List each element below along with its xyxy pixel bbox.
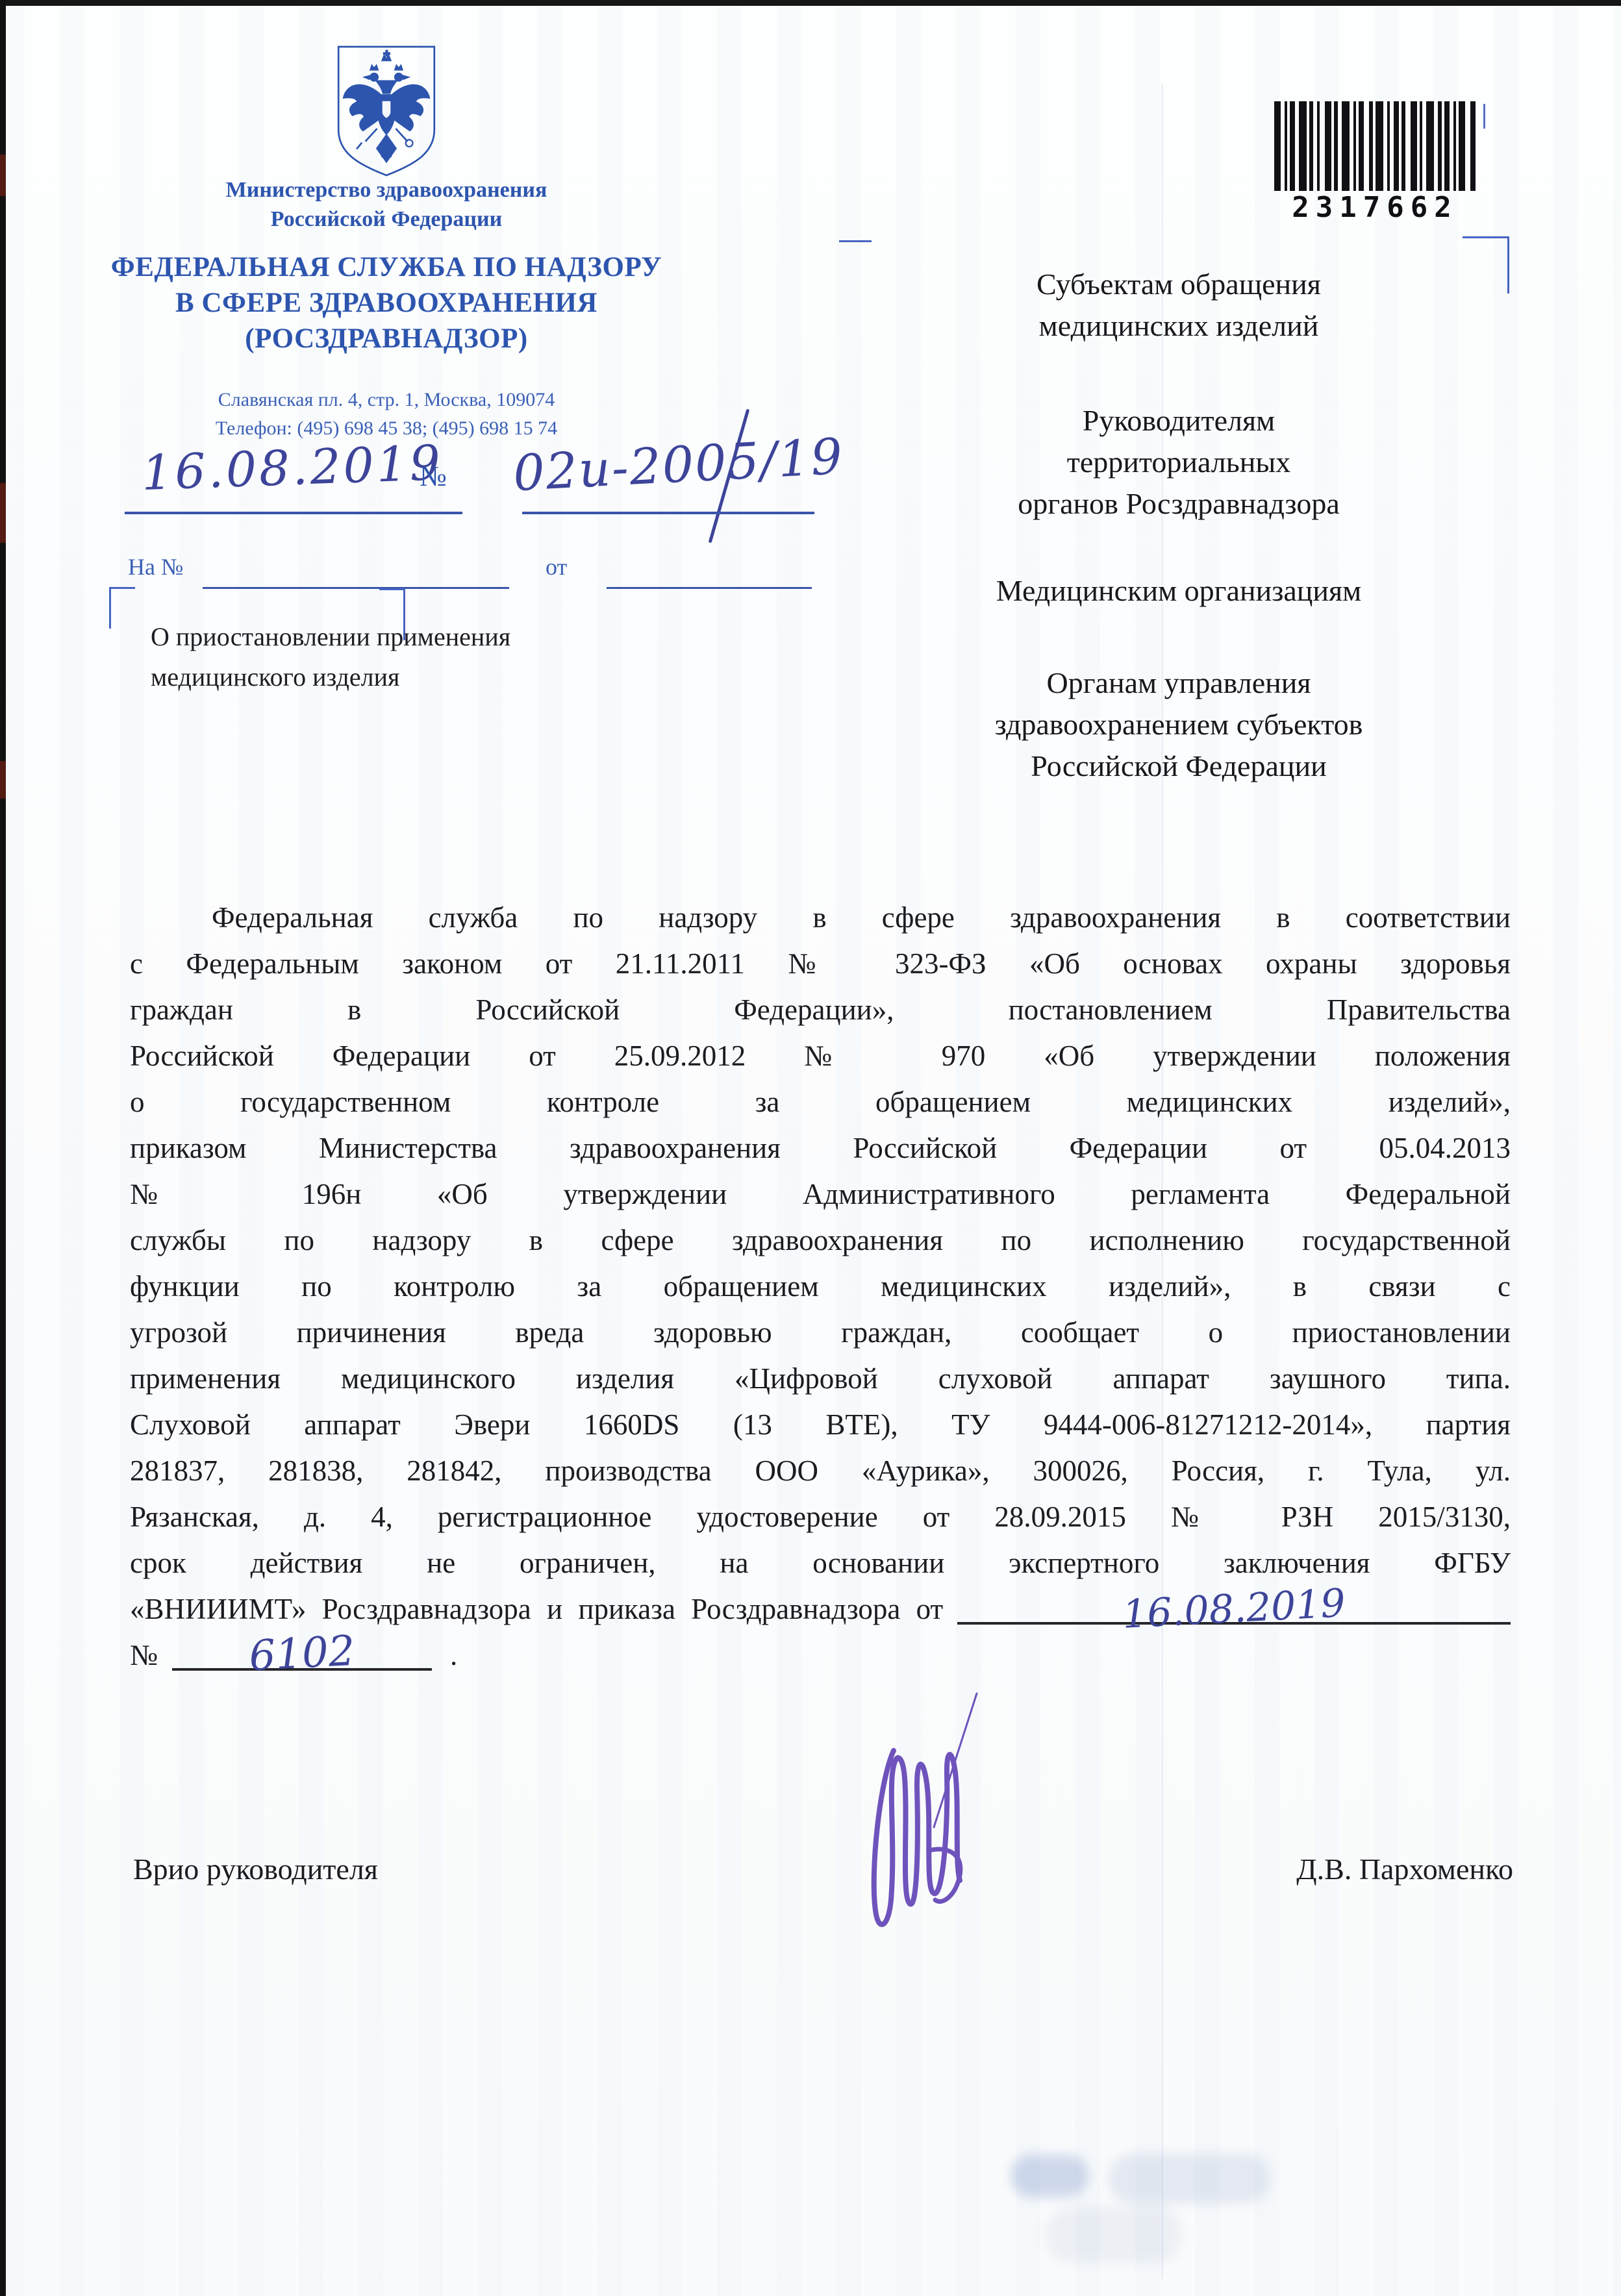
subject-corner-bracket [109, 587, 135, 589]
ministry-name-line: Российской Федерации [78, 205, 695, 234]
recipient-corner-bracket [839, 240, 872, 242]
body-line: Федеральная служба по надзору в сфере зд… [130, 895, 1511, 941]
barcode-number: 2317662 [1268, 191, 1482, 224]
scan-edge-red-smudge [0, 483, 6, 543]
number-form-line [522, 512, 814, 514]
body-line: граждан в Российской Федерации», постано… [130, 987, 1511, 1033]
faint-stamp-artifact [1108, 2153, 1270, 2204]
body-line: с Федеральным законом от 21.11.2011 № 32… [130, 941, 1511, 987]
body-line: функции по контролю за обращением медици… [130, 1264, 1511, 1310]
body-line: Рязанская, д. 4, регистрационное удостов… [130, 1494, 1511, 1540]
scanned-letter-page: Министерство здравоохранения Российской … [0, 0, 1621, 2296]
body-line: Слуховой аппарат Эвери 1660DS (13 BTE), … [130, 1402, 1511, 1448]
body-line: приказом Министерства здравоохранения Ро… [130, 1125, 1511, 1171]
recipient-line: органов Росздравнадзора [864, 483, 1494, 525]
address-line: Славянская пл. 4, стр. 1, Москва, 109074 [78, 386, 695, 414]
outgoing-date-handwritten: 16.08.2019 [123, 434, 462, 502]
reply-date-form-line [607, 587, 812, 589]
body-line: применения медицинского изделия «Цифрово… [130, 1356, 1511, 1402]
recipient-line: Российской Федерации [864, 745, 1494, 787]
recipient-line: Органам управления [864, 662, 1494, 704]
recipient-group: Руководителям территориальных органов Ро… [864, 400, 1494, 525]
date-blank-line: 16.08.2019 [957, 1586, 1511, 1625]
recipient-corner-bracket [1463, 236, 1509, 238]
recipient-group: Медицинским организациям [864, 570, 1494, 612]
letter-body: Федеральная служба по надзору в сфере зд… [130, 895, 1511, 1678]
body-line: Российской Федерации от 25.09.2012 № 970… [130, 1033, 1511, 1079]
signature-position-title: Врио руководителя [133, 1852, 378, 1886]
closing-period: . [450, 1632, 457, 1678]
scan-edge-red-smudge [0, 761, 6, 799]
faint-stamp-artifact [1011, 2154, 1088, 2197]
handwritten-order-number: 6102 [171, 1625, 433, 1684]
reply-from-label: от [546, 553, 567, 580]
number-sign: № [420, 460, 447, 493]
body-line-with-number-blank: № 6102 . [130, 1632, 1511, 1678]
subject-line: О приостановлении применения [151, 617, 670, 657]
recipient-group: Органам управления здравоохранением субъ… [864, 662, 1494, 787]
ministry-name-line: Министерство здравоохранения [78, 175, 695, 205]
reply-number-form-line [203, 587, 509, 589]
service-name-line: (РОСЗДРАВНАДЗОР) [62, 321, 711, 356]
recipient-group: Субъектам обращения медицинских изделий [864, 264, 1494, 347]
russia-coat-of-arms-icon [328, 43, 445, 179]
recipient-line: Руководителям [864, 400, 1494, 442]
body-line: срок действия не ограничен, на основании… [130, 1540, 1511, 1586]
scan-edge-left [0, 0, 6, 2296]
scan-edge-red-smudge [0, 155, 6, 196]
recipient-corner-bracket [1507, 236, 1509, 293]
reply-to-label: На № [128, 553, 183, 580]
body-line-with-date-blank: «ВНИИИМТ» Росздравнадзора и приказа Росз… [130, 1586, 1511, 1632]
body-line: службы по надзору в сфере здравоохранени… [130, 1217, 1511, 1264]
service-name-line: В СФЕРЕ ЗДРАВООХРАНЕНИЯ [62, 285, 711, 321]
signatory-name: Д.В. Пархоменко [1227, 1852, 1513, 1886]
subject-corner-bracket [379, 588, 405, 590]
recipient-line: Медицинским организациям [864, 570, 1494, 612]
recipient-line: медицинских изделий [864, 305, 1494, 347]
body-line: угрозой причинения вреда здоровью гражда… [130, 1310, 1511, 1356]
recipient-line: территориальных [864, 442, 1494, 483]
date-form-line [125, 512, 462, 514]
service-name: ФЕДЕРАЛЬНАЯ СЛУЖБА ПО НАДЗОРУ В СФЕРЕ ЗД… [62, 249, 711, 356]
order-number-sign: № [130, 1632, 158, 1678]
recipient-line: Субъектам обращения [864, 264, 1494, 305]
body-line: № 196н «Об утверждении Административного… [130, 1171, 1511, 1217]
service-name-line: ФЕДЕРАЛЬНАЯ СЛУЖБА ПО НАДЗОРУ [62, 249, 711, 285]
subject-text: О приостановлении применения медицинског… [151, 617, 670, 697]
signature-autograph [831, 1691, 1052, 1961]
ministry-name: Министерство здравоохранения Российской … [78, 175, 695, 234]
scan-edge-top [0, 0, 1621, 6]
recipient-line: здравоохранением субъектов [864, 704, 1494, 745]
margin-tick-mark [1483, 104, 1485, 129]
number-blank-line: 6102 [172, 1632, 432, 1671]
barcode [1274, 101, 1476, 191]
body-line: 281837, 281838, 281842, производства ООО… [130, 1448, 1511, 1494]
contact-block: Славянская пл. 4, стр. 1, Москва, 109074… [78, 386, 695, 443]
recipients-block: Субъектам обращения медицинских изделий … [864, 264, 1494, 787]
body-line: «ВНИИИМТ» Росздравнадзора и приказа Росз… [130, 1586, 943, 1632]
subject-corner-bracket [109, 587, 111, 629]
subject-line: медицинского изделия [151, 657, 670, 697]
body-line: о государственном контроле за обращением… [130, 1079, 1511, 1125]
faint-stamp-artifact [1046, 2206, 1182, 2264]
